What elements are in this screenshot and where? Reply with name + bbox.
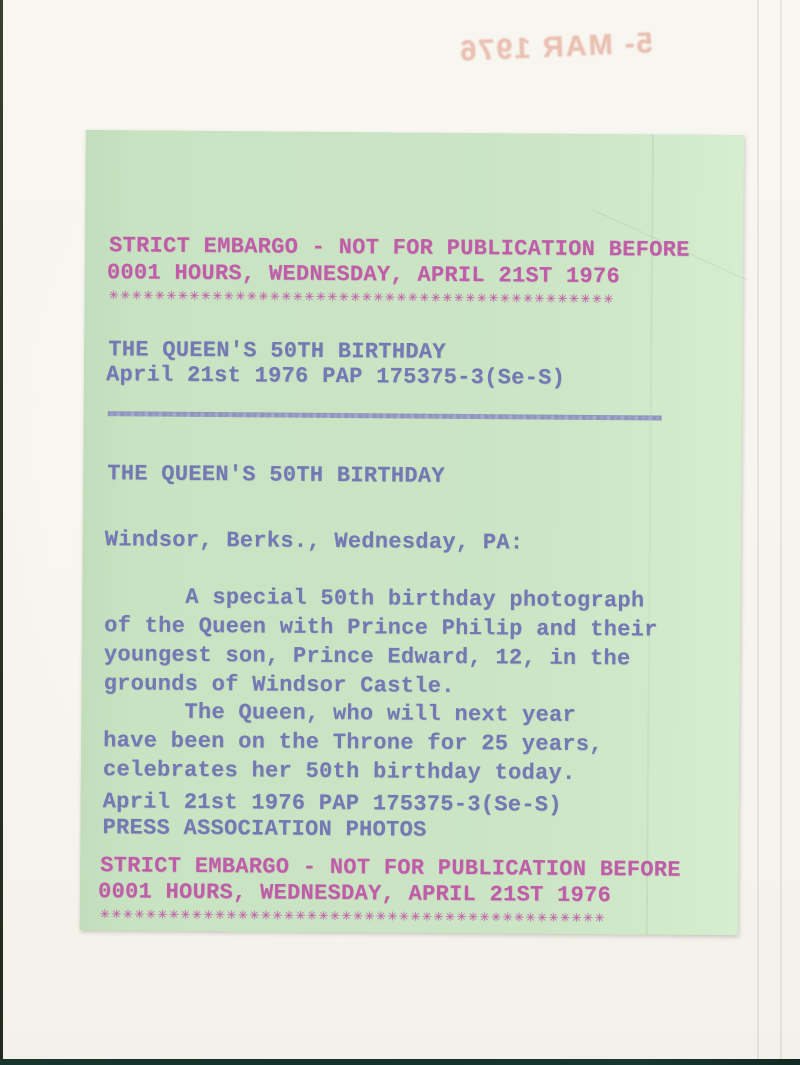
photo-left-edge	[0, 0, 3, 1065]
backing-streak	[780, 0, 782, 1065]
caption-credit: PRESS ASSOCIATION PHOTOS	[102, 814, 426, 844]
slug-reference: April 21st 1976 PAP 175375-3(Se-S)	[106, 361, 565, 392]
typed-divider-rule	[108, 411, 662, 420]
scanned-document: 5- MAR 1976 STRICT EMBARGO - NOT FOR PUB…	[0, 0, 800, 1065]
caption-paragraph1-line: A special 50th birthday photograph	[104, 583, 644, 614]
caption-paragraph2-line: The Queen, who will next year	[103, 698, 576, 729]
embargo-top-asterisk-row: ✳✳✳✳✳✳✳✳✳✳✳✳✳✳✳✳✳✳✳✳✳✳✳✳✳✳✳✳✳✳✳✳✳✳✳✳✳✳✳✳…	[109, 288, 615, 306]
caption-paragraph2-line: have been on the Throne for 25 years,	[103, 727, 603, 758]
caption-dateline: Windsor, Berks., Wednesday, PA:	[105, 526, 524, 556]
caption-paragraph1-line: grounds of Windsor Castle.	[104, 670, 455, 700]
embargo-bottom-asterisk-row: ✳✳✳✳✳✳✳✳✳✳✳✳✳✳✳✳✳✳✳✳✳✳✳✳✳✳✳✳✳✳✳✳✳✳✳✳✳✳✳✳…	[100, 907, 606, 925]
backing-streak	[757, 0, 759, 1065]
photo-bottom-edge	[0, 1059, 800, 1065]
embargo-bottom-line2: 0001 HOURS, WEDNESDAY, APRIL 21ST 1976	[98, 878, 611, 909]
embargo-top-line2: 0001 HOURS, WEDNESDAY, APRIL 21ST 1976	[107, 259, 620, 290]
caption-paragraph2-line: celebrates her 50th birthday today.	[103, 756, 576, 787]
caption-sheet: STRICT EMBARGO - NOT FOR PUBLICATION BEF…	[80, 130, 744, 935]
caption-paragraph1-line: of the Queen with Prince Philip and thei…	[104, 612, 658, 643]
caption-title: THE QUEEN'S 50TH BIRTHDAY	[107, 460, 445, 490]
caption-paragraph1-line: youngest son, Prince Edward, 12, in the	[104, 641, 631, 672]
date-stamp-mirrored: 5- MAR 1976	[437, 27, 654, 84]
